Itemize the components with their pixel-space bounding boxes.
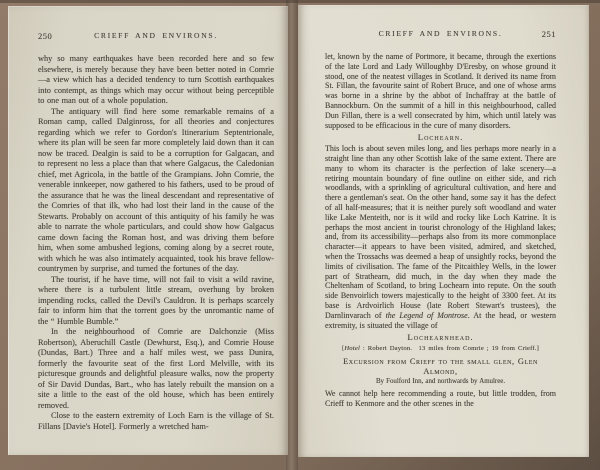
section-heading-lochearnhead: Lochearnhead. <box>325 333 556 343</box>
paragraph-neighbourhood: In the neighbourhood of Comrie are Dalch… <box>38 327 274 411</box>
left-page-header: 250 CRIEFF AND ENVIRONS. <box>38 31 274 42</box>
right-page-number: 251 <box>542 29 556 39</box>
hotel-details: : Robert Dayton. 13 miles from Comrie ; … <box>360 345 539 352</box>
paragraph-antiquary: The antiquary will find here some remark… <box>38 107 274 275</box>
paragraph-st-fillans: Close to the eastern extremity of Loch E… <box>38 411 274 432</box>
left-page: 250 CRIEFF AND ENVIRONS. why so many ear… <box>8 6 288 455</box>
excursion-subheading: By Foulford Inn, and northwards by Amulr… <box>325 377 556 387</box>
right-page: 251 CRIEFF AND ENVIRONS. let, known by t… <box>298 5 589 457</box>
left-page-number: 250 <box>38 31 52 41</box>
paragraph-tourist-ravine: The tourist, if he have time, will not f… <box>38 275 274 328</box>
paragraph-earthquakes: why so many earthquakes have been record… <box>38 54 274 107</box>
hotel-label-italic: Hotel <box>344 345 360 352</box>
left-page-body: why so many earthquakes have been record… <box>38 54 274 432</box>
right-running-title: CRIEFF AND ENVIRONS. <box>325 29 556 38</box>
section-heading-lochearn: Lochearn. <box>325 133 556 143</box>
right-page-header: 251 CRIEFF AND ENVIRONS. <box>325 29 556 40</box>
paragraph-lochearn: This loch is about seven miles long, and… <box>325 144 556 330</box>
lochearn-text-pre: This loch is about seven miles long, and… <box>325 144 556 320</box>
legend-of-montrose-italic: the Legend of Montrose <box>386 311 468 320</box>
book-scan-spread: 250 CRIEFF AND ENVIRONS. why so many ear… <box>0 0 600 470</box>
left-running-title: CRIEFF AND ENVIRONS. <box>38 31 274 40</box>
section-heading-excursion: Excursion from Crieff to the small glen,… <box>325 357 556 377</box>
paragraph-portmore: let, known by the name of Portmore, it b… <box>325 52 556 130</box>
paragraph-excursion-route: We cannot help here recommending a route… <box>325 389 556 409</box>
right-page-body: let, known by the name of Portmore, it b… <box>325 52 556 408</box>
hotel-info-line: [Hotel : Robert Dayton. 13 miles from Co… <box>325 344 556 354</box>
